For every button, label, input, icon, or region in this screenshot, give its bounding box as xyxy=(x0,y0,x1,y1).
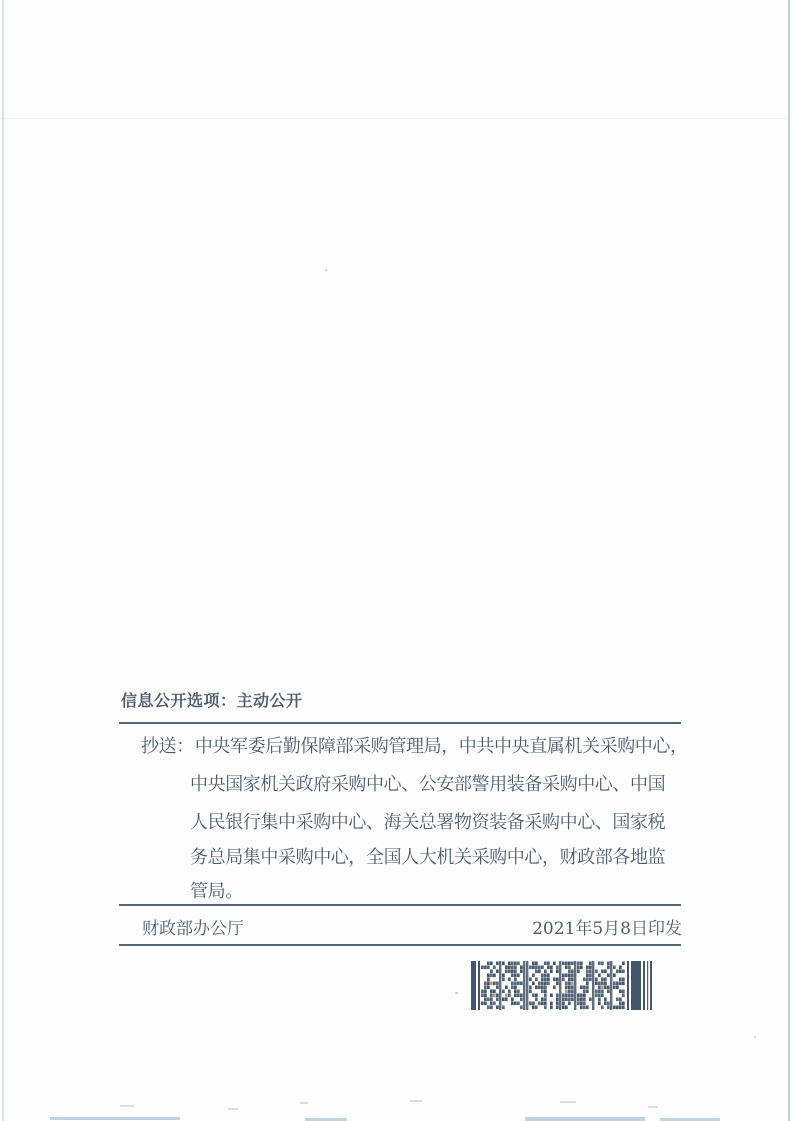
scan-speck xyxy=(754,1036,756,1038)
scan-noise xyxy=(228,1108,238,1110)
cc-label: 抄送： xyxy=(141,736,194,757)
scan-noise xyxy=(50,1117,180,1120)
scan-noise xyxy=(300,1102,308,1104)
cc-line: 抄送：中央军委后勤保障部采购管理局，中共中央直属机关采购中心， xyxy=(141,736,688,758)
scanned-document-page: 信息公开选项：主动公开 抄送：中央军委后勤保障部采购管理局，中共中央直属机关采购… xyxy=(0,0,793,1121)
scan-artifact-line xyxy=(0,118,787,119)
scan-noise xyxy=(560,1101,576,1103)
scan-noise xyxy=(648,1106,658,1108)
scan-noise xyxy=(525,1117,645,1121)
cc-text: 中央军委后勤保障部采购管理局，中共中央直属机关采购中心， xyxy=(195,736,688,757)
scan-edge-right xyxy=(788,0,790,1121)
issuing-office: 财政部办公厅 xyxy=(142,918,244,940)
cc-line: 务总局集中采购中心，全国人大机关采购中心，财政部各地监 xyxy=(190,847,665,869)
cc-line: 管局。 xyxy=(190,881,243,903)
scan-speck xyxy=(325,269,327,271)
scan-noise xyxy=(410,1100,422,1102)
divider-footer-bottom xyxy=(119,944,681,946)
document-barcode xyxy=(471,961,654,1010)
cc-line: 人民银行集中采购中心、海关总署物资装备采购中心、国家税 xyxy=(190,812,665,834)
scan-speck xyxy=(455,992,458,994)
print-date: 2021年5月8日印发 xyxy=(420,918,682,940)
divider-top xyxy=(119,722,681,724)
disclosure-option-line: 信息公开选项：主动公开 xyxy=(121,691,303,711)
cc-line: 中央国家机关政府采购中心、公安部警用装备采购中心、中国 xyxy=(190,774,665,796)
divider-footer-top xyxy=(119,904,681,906)
scan-noise xyxy=(120,1105,134,1107)
scan-edge-left xyxy=(2,0,4,1121)
